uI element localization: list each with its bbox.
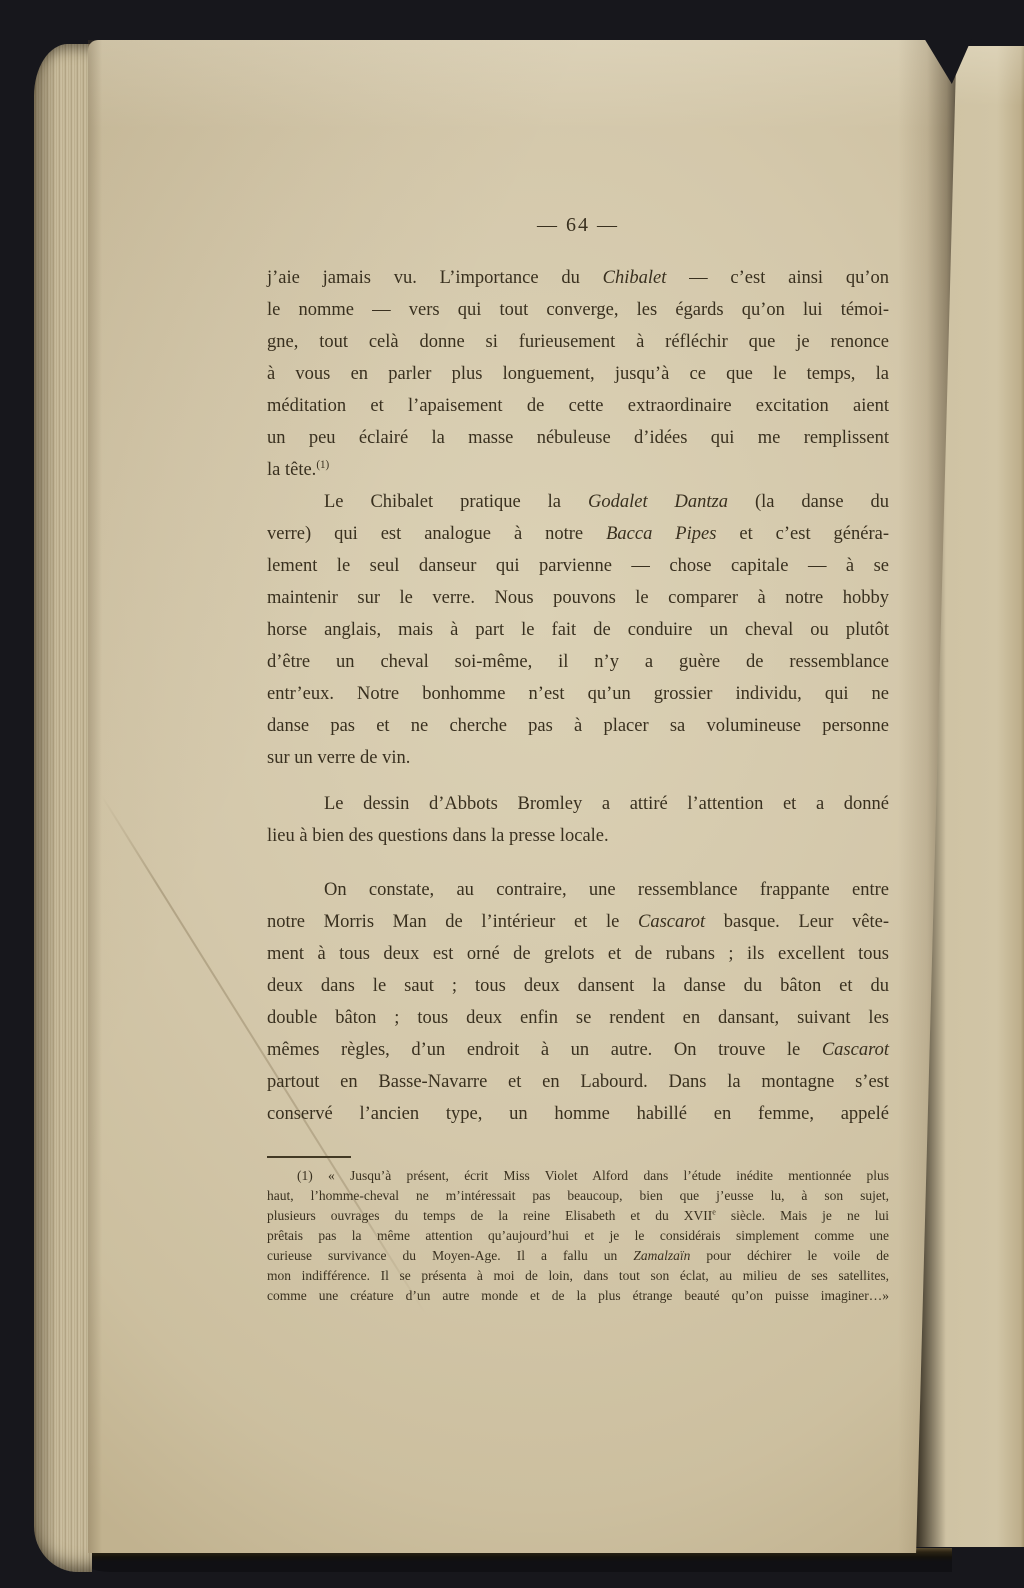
text-line: maintenir sur le verre. Nous pouvons le … — [267, 582, 889, 614]
text-segment: (la danse du — [728, 492, 889, 512]
italic-text: Godalet Dantza — [588, 492, 728, 512]
text-line: Le dessin d’Abbots Bromley a attiré l’at… — [267, 788, 889, 820]
left-page-edge-stack — [34, 44, 92, 1572]
text-line: plusieurs ouvrages du temps de la reine … — [267, 1206, 889, 1226]
text-line: mêmes règles, d’un endroit à un autre. O… — [267, 1034, 889, 1066]
text-line: Le Chibalet pratique la Godalet Dantza (… — [267, 486, 889, 518]
text-line: lement le seul danseur qui parvienne — c… — [267, 550, 889, 582]
paragraph: Le Chibalet pratique la Godalet Dantza (… — [267, 486, 889, 774]
text-segment: conservé l’ancien type, un homme habillé… — [267, 1104, 889, 1124]
text-segment: maintenir sur le verre. Nous pouvons le … — [267, 588, 889, 608]
paragraph: On constate, au contraire, une ressembla… — [267, 874, 889, 1130]
text-line: sur un verre de vin. — [267, 742, 889, 774]
text-segment: basque. Leur vête- — [705, 912, 889, 932]
text-segment: — c’est ainsi qu’on — [666, 268, 889, 288]
text-line: la tête.(1) — [267, 454, 889, 486]
text-line: mon indifférence. Il se présenta à moi d… — [267, 1266, 889, 1286]
text-line: d’être un cheval soi-même, il n’y a guèr… — [267, 646, 889, 678]
page-number: — 64 — — [267, 214, 889, 237]
text-line: danse pas et ne cherche pas à placer sa … — [267, 710, 889, 742]
italic-text: Cascarot — [822, 1040, 889, 1060]
text-line: prêtais pas la même attention qu’aujourd… — [267, 1226, 889, 1246]
text-segment: double bâton ; tous deux enfin se renden… — [267, 1008, 889, 1028]
paragraph: Le dessin d’Abbots Bromley a attiré l’at… — [267, 788, 889, 852]
scanned-page: — 64 — j’aie jamais vu. L’importance du … — [88, 40, 956, 1553]
text-segment: gne, tout celà donne si furieusement à r… — [267, 332, 889, 352]
text-line: double bâton ; tous deux enfin se renden… — [267, 1002, 889, 1034]
text-segment: d’être un cheval soi-même, il n’y a guèr… — [267, 652, 889, 672]
superscript: (1) — [316, 459, 329, 471]
text-segment: danse pas et ne cherche pas à placer sa … — [267, 716, 889, 736]
text-segment: Le Chibalet pratique la — [324, 492, 588, 512]
italic-text: Bacca Pipes — [606, 524, 716, 544]
italic-text: Cascarot — [638, 912, 705, 932]
text-line: curieuse survivance du Moyen-Age. Il a f… — [267, 1246, 889, 1266]
text-segment: (1) « Jusqu’à présent, écrit Miss Violet… — [297, 1168, 889, 1183]
text-line: méditation et l’apaisement de cette extr… — [267, 390, 889, 422]
text-segment: et c’est généra- — [716, 524, 889, 544]
text-segment: Le dessin d’Abbots Bromley a attiré l’at… — [324, 794, 889, 814]
text-segment: horse anglais, mais à part le fait de co… — [267, 620, 889, 640]
text-line: ment à tous deux est orné de grelots et … — [267, 938, 889, 970]
text-line: On constate, au contraire, une ressembla… — [267, 874, 889, 906]
text-segment: partout en Basse-Navarre et en Labourd. … — [267, 1072, 889, 1092]
text-line: verre) qui est analogue à notre Bacca Pi… — [267, 518, 889, 550]
text-segment: j’aie jamais vu. L’importance du — [267, 268, 603, 288]
text-segment: un peu éclairé la masse nébuleuse d’idée… — [267, 428, 889, 448]
text-segment: deux dans le saut ; tous deux dansent la… — [267, 976, 889, 996]
text-segment: la tête. — [267, 460, 316, 480]
text-line: horse anglais, mais à part le fait de co… — [267, 614, 889, 646]
text-segment: à vous en parler plus longuement, jusqu’… — [267, 364, 889, 384]
text-line: lieu à bien des questions dans la presse… — [267, 820, 889, 852]
text-segment: siècle. Mais je ne lui — [716, 1208, 889, 1223]
text-block: j’aie jamais vu. L’importance du Chibale… — [267, 262, 889, 1306]
footnote: (1) « Jusqu’à présent, écrit Miss Violet… — [267, 1166, 889, 1306]
text-line: notre Morris Man de l’intérieur et le Ca… — [267, 906, 889, 938]
footnote-rule — [267, 1156, 351, 1158]
text-segment: haut, l’homme-cheval ne m’intéressait pa… — [267, 1188, 889, 1203]
text-segment: entr’eux. Notre bonhomme n’est qu’un gro… — [267, 684, 889, 704]
text-line: gne, tout celà donne si furieusement à r… — [267, 326, 889, 358]
text-segment: curieuse survivance du Moyen-Age. Il a f… — [267, 1248, 633, 1263]
text-line: le nomme — vers qui tout converge, les é… — [267, 294, 889, 326]
text-segment: pour déchirer le voile de — [690, 1248, 889, 1263]
text-line: partout en Basse-Navarre et en Labourd. … — [267, 1066, 889, 1098]
text-line: comme une créature d’un autre monde et d… — [267, 1286, 889, 1306]
text-segment: notre Morris Man de l’intérieur et le — [267, 912, 638, 932]
text-segment: comme une créature d’un autre monde et d… — [267, 1288, 889, 1303]
text-segment: mon indifférence. Il se présenta à moi d… — [267, 1268, 889, 1283]
text-line: à vous en parler plus longuement, jusqu’… — [267, 358, 889, 390]
text-segment: lieu à bien des questions dans la presse… — [267, 826, 609, 846]
text-segment: méditation et l’apaisement de cette extr… — [267, 396, 889, 416]
italic-text: Chibalet — [603, 268, 667, 288]
text-segment: ment à tous deux est orné de grelots et … — [267, 944, 889, 964]
text-segment: le nomme — vers qui tout converge, les é… — [267, 300, 889, 320]
text-segment: On constate, au contraire, une ressembla… — [324, 880, 889, 900]
text-segment: prêtais pas la même attention qu’aujourd… — [267, 1228, 889, 1243]
text-segment: mêmes règles, d’un endroit à un autre. O… — [267, 1040, 822, 1060]
text-segment: sur un verre de vin. — [267, 748, 410, 768]
text-segment: lement le seul danseur qui parvienne — c… — [267, 556, 889, 576]
text-line: haut, l’homme-cheval ne m’intéressait pa… — [267, 1186, 889, 1206]
text-line: conservé l’ancien type, un homme habillé… — [267, 1098, 889, 1130]
paragraph: j’aie jamais vu. L’importance du Chibale… — [267, 262, 889, 486]
italic-text: Zamalzaïn — [633, 1248, 690, 1263]
text-line: entr’eux. Notre bonhomme n’est qu’un gro… — [267, 678, 889, 710]
text-line: (1) « Jusqu’à présent, écrit Miss Violet… — [267, 1166, 889, 1186]
text-line: un peu éclairé la masse nébuleuse d’idée… — [267, 422, 889, 454]
text-line: j’aie jamais vu. L’importance du Chibale… — [267, 262, 889, 294]
text-segment: verre) qui est analogue à notre — [267, 524, 606, 544]
text-segment: plusieurs ouvrages du temps de la reine … — [267, 1208, 712, 1223]
text-line: deux dans le saut ; tous deux dansent la… — [267, 970, 889, 1002]
